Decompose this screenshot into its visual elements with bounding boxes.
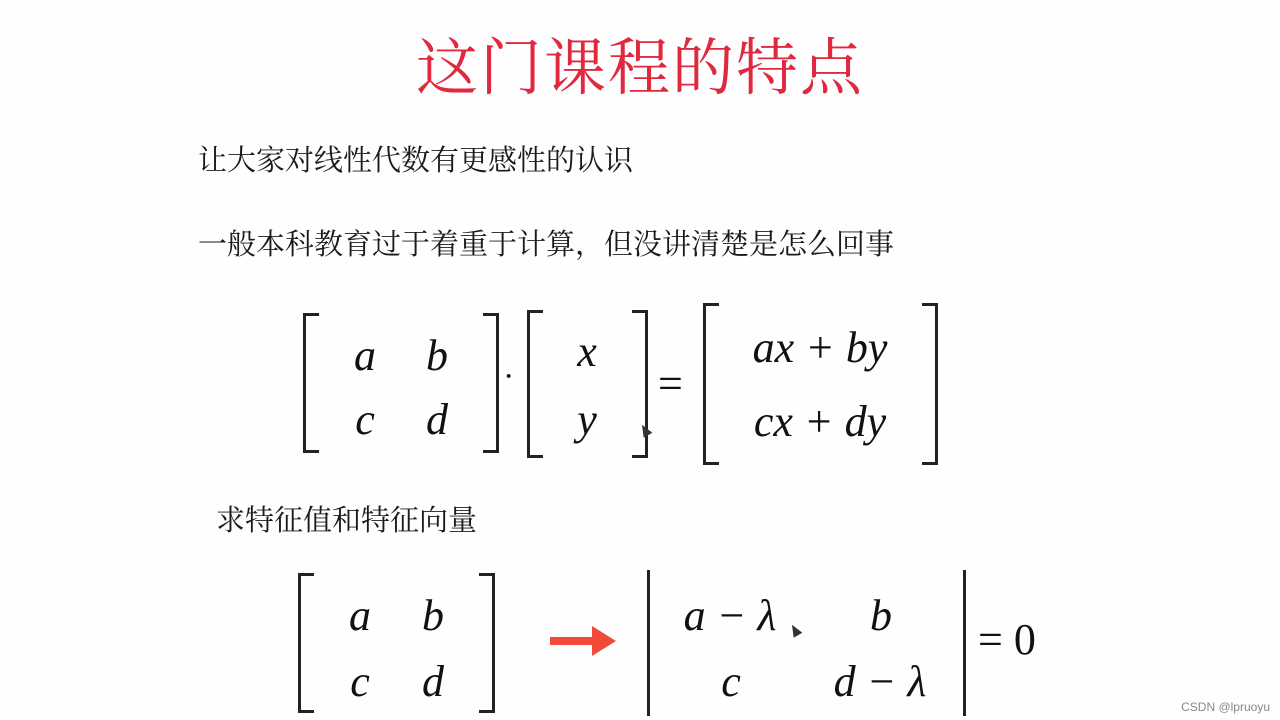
vector-cell: y	[562, 394, 612, 445]
equals-zero: = 0	[978, 614, 1036, 665]
left-bracket	[527, 310, 543, 458]
determinant-cell: b	[856, 590, 906, 641]
matrix-cell: c	[340, 394, 390, 445]
point-2: 一般本科教育过于着重于计算，但没讲清楚是怎么回事	[198, 222, 894, 263]
result-cell: cx + dy	[730, 396, 910, 447]
matrix-cell: b	[412, 330, 462, 381]
right-bracket	[479, 573, 495, 713]
determinant-bar-left	[647, 570, 650, 716]
right-bracket	[922, 303, 938, 465]
result-cell: ax + by	[730, 322, 910, 373]
left-bracket	[703, 303, 719, 465]
matrix-cell: b	[408, 590, 458, 641]
determinant-cell: c	[706, 656, 756, 707]
right-bracket	[483, 313, 499, 453]
right-arrow-icon	[548, 624, 618, 658]
dot-operator: ·	[503, 358, 514, 396]
point-1: 让大家对线性代数有更感性的认识	[198, 138, 633, 179]
equals-sign: =	[658, 358, 683, 409]
determinant-bar-right	[963, 570, 966, 716]
determinant-cell: d − λ	[820, 656, 940, 707]
matrix-cell: a	[340, 330, 390, 381]
left-bracket	[298, 573, 314, 713]
subheading: 求特征值和特征向量	[216, 498, 477, 539]
slide-title: 这门课程的特点	[0, 18, 1280, 107]
slide: 这门课程的特点 让大家对线性代数有更感性的认识 一般本科教育过于着重于计算，但没…	[0, 0, 1280, 720]
watermark: CSDN @lpruoyu	[1181, 700, 1270, 714]
matrix-cell: d	[412, 394, 462, 445]
matrix-cell: a	[335, 590, 385, 641]
vector-cell: x	[562, 326, 612, 377]
left-bracket	[303, 313, 319, 453]
determinant-cell: a − λ	[670, 590, 790, 641]
matrix-cell: c	[335, 656, 385, 707]
matrix-cell: d	[408, 656, 458, 707]
